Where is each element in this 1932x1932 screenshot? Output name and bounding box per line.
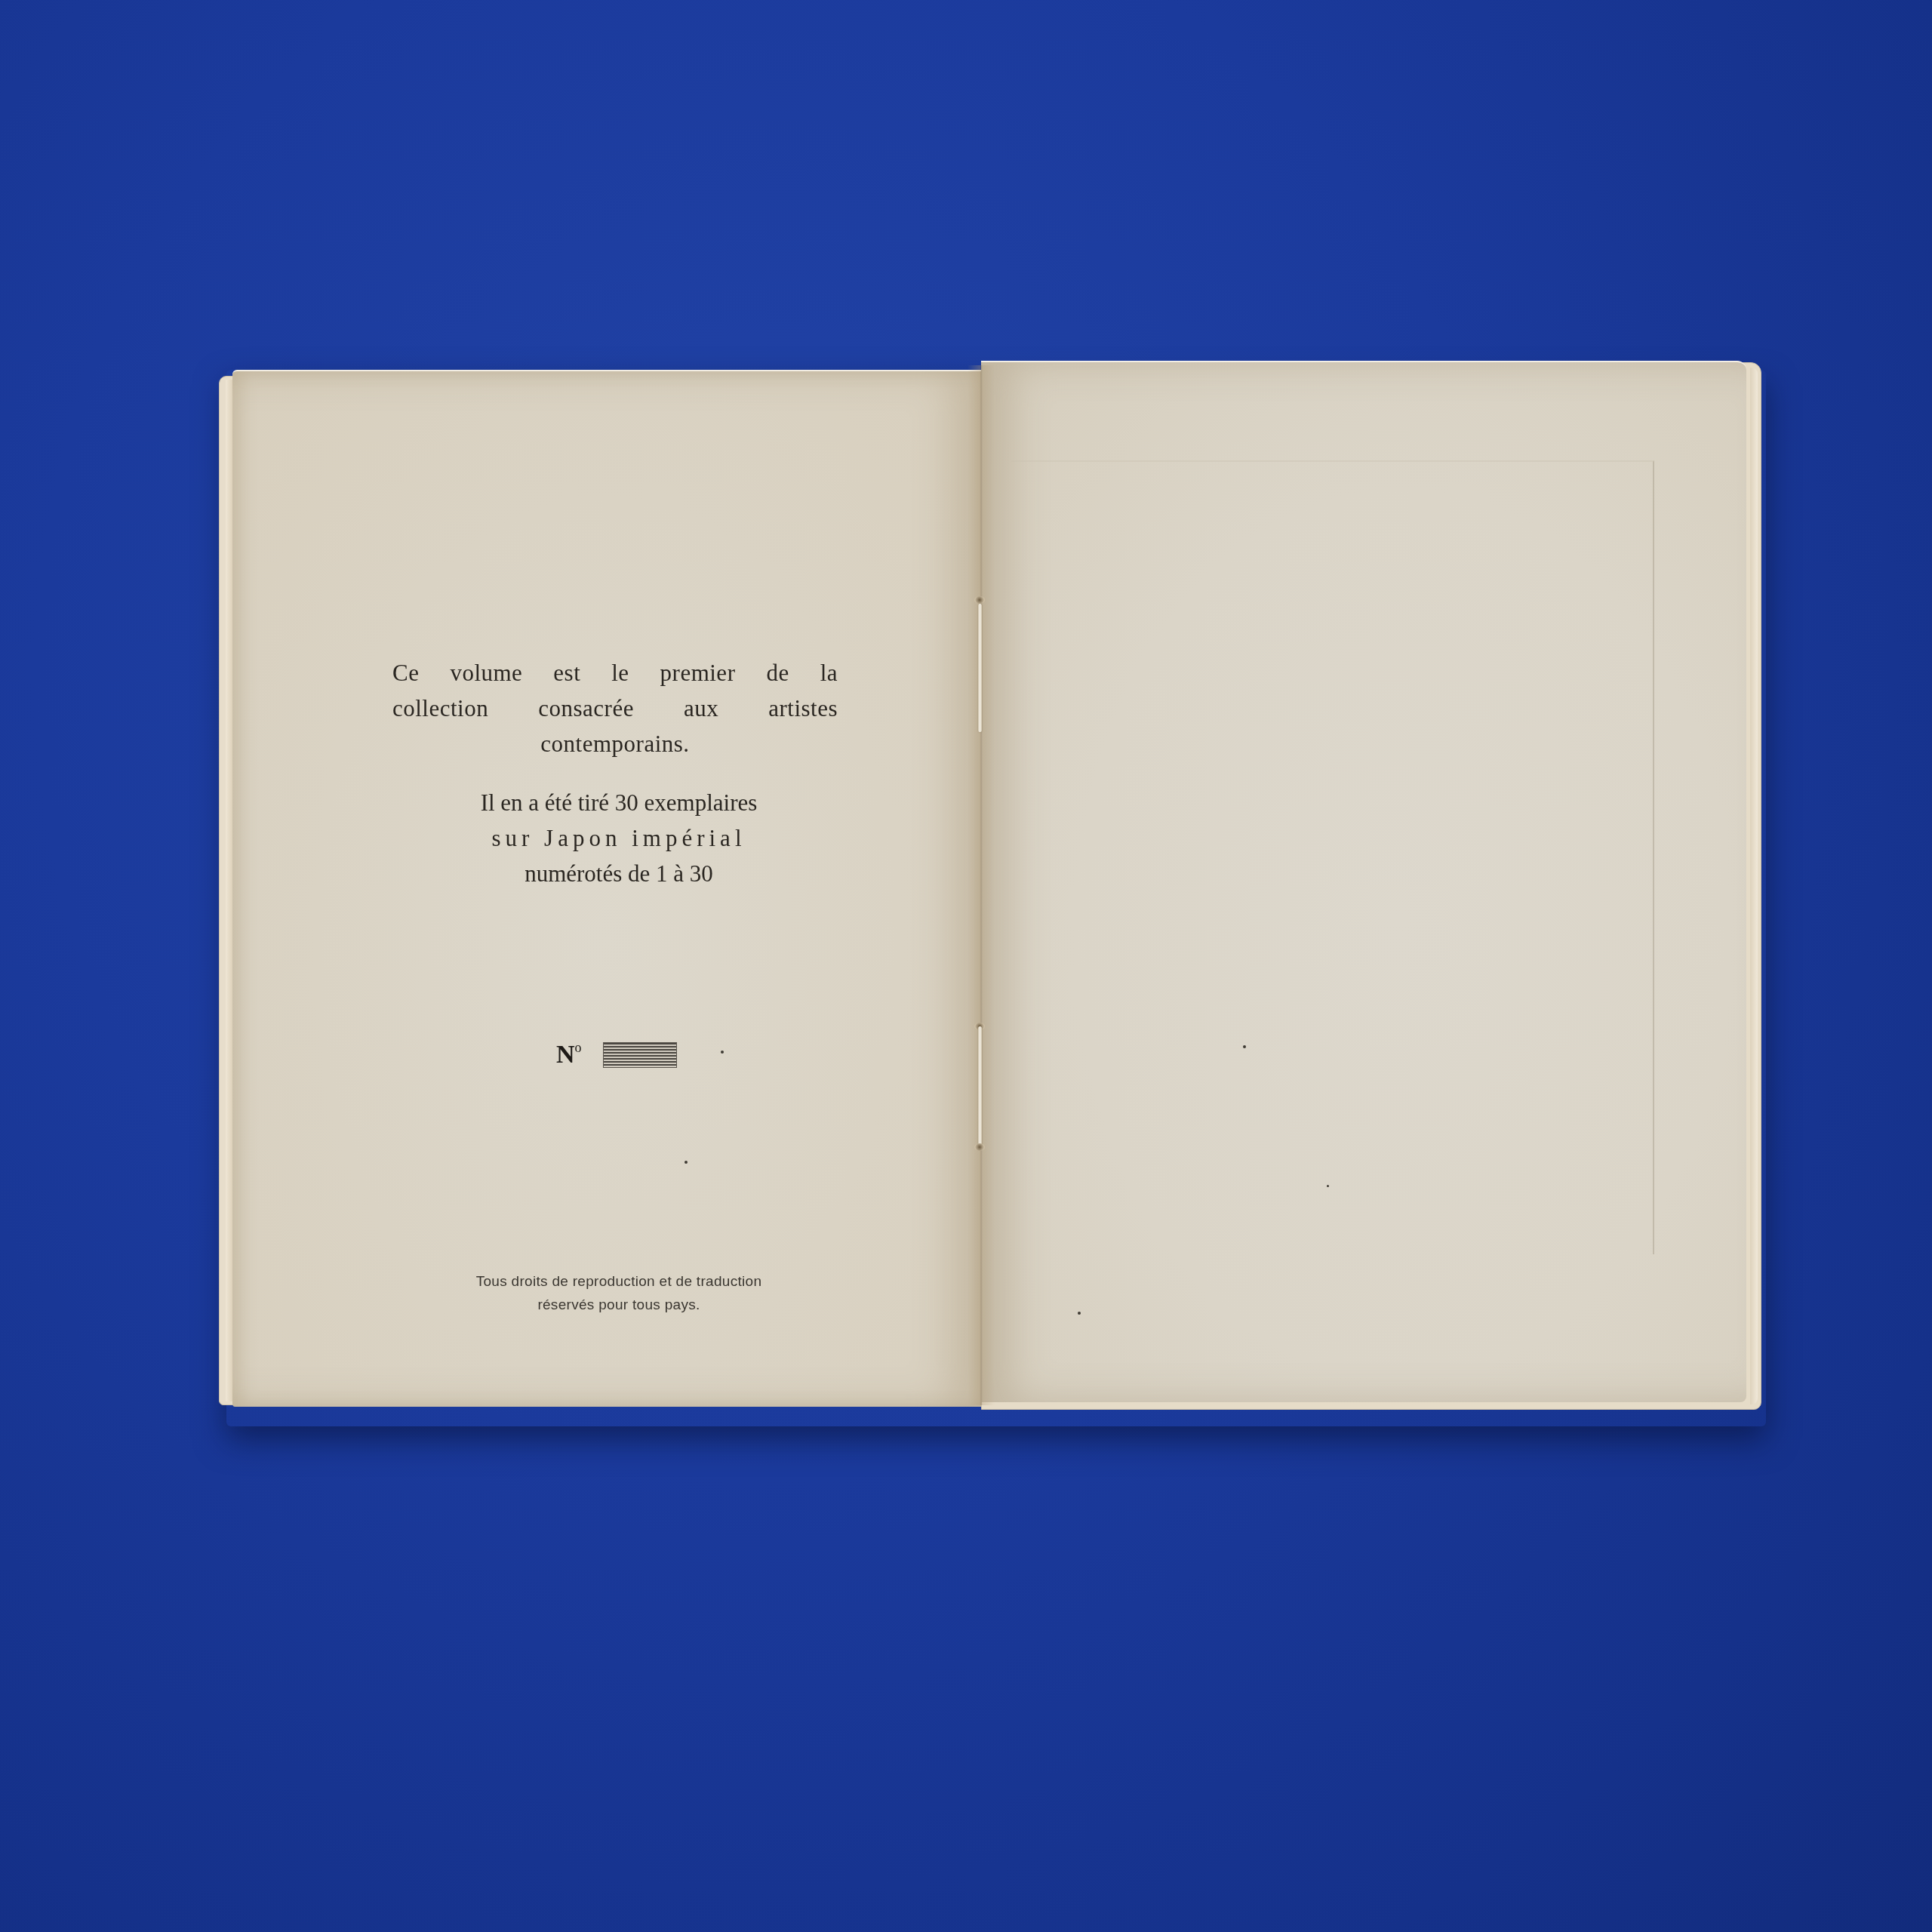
paper-speck <box>721 1051 724 1054</box>
word: consacrée <box>538 691 634 726</box>
paper-speck <box>1243 1045 1246 1048</box>
statement-line-2: collection consacrée aux artistes <box>392 691 838 726</box>
copy-number-row: No <box>556 1040 677 1069</box>
copy-number-label: No <box>556 1040 582 1069</box>
word: aux <box>684 691 718 726</box>
stitch-knot-icon <box>974 1143 985 1151</box>
limitation-line-2: sur Japon impérial <box>408 820 830 856</box>
open-book: Ce volume est le premier de la collectio… <box>0 0 1932 1932</box>
book-gutter <box>968 365 995 1405</box>
paper-speck <box>685 1161 688 1164</box>
right-page-show-through-frame <box>1011 460 1654 1254</box>
word: de <box>766 655 789 691</box>
word: contemporains. <box>540 731 689 757</box>
limitation-line-1: Il en a été tiré 30 exemplaires <box>408 785 830 820</box>
number-label-superscript: o <box>575 1040 582 1055</box>
paper-speck <box>1078 1312 1081 1315</box>
copy-number-field[interactable] <box>603 1042 677 1068</box>
rights-line-2: réservés pour tous pays. <box>423 1294 815 1317</box>
rights-notice: Tous droits de reproduction et de traduc… <box>423 1270 815 1317</box>
limitation-statement: Il en a été tiré 30 exemplaires sur Japo… <box>408 785 830 891</box>
word: premier <box>660 655 736 691</box>
statement-line-3: contemporains. <box>392 726 838 761</box>
binding-stitch-bottom <box>978 1026 982 1147</box>
word: volume <box>450 655 522 691</box>
collection-statement: Ce volume est le premier de la collectio… <box>392 655 838 761</box>
word: collection <box>392 691 488 726</box>
word: Ce <box>392 655 419 691</box>
stitch-knot-icon <box>974 596 985 604</box>
word: la <box>820 655 838 691</box>
binding-stitch-top <box>978 604 982 732</box>
paper-speck <box>1327 1185 1329 1187</box>
word: le <box>611 655 629 691</box>
number-label-letter: N <box>556 1041 575 1069</box>
limitation-line-3: numérotés de 1 à 30 <box>408 856 830 891</box>
rights-line-1: Tous droits de reproduction et de traduc… <box>423 1270 815 1294</box>
word: est <box>553 655 580 691</box>
statement-line-1: Ce volume est le premier de la <box>392 655 838 691</box>
word: artistes <box>768 691 838 726</box>
